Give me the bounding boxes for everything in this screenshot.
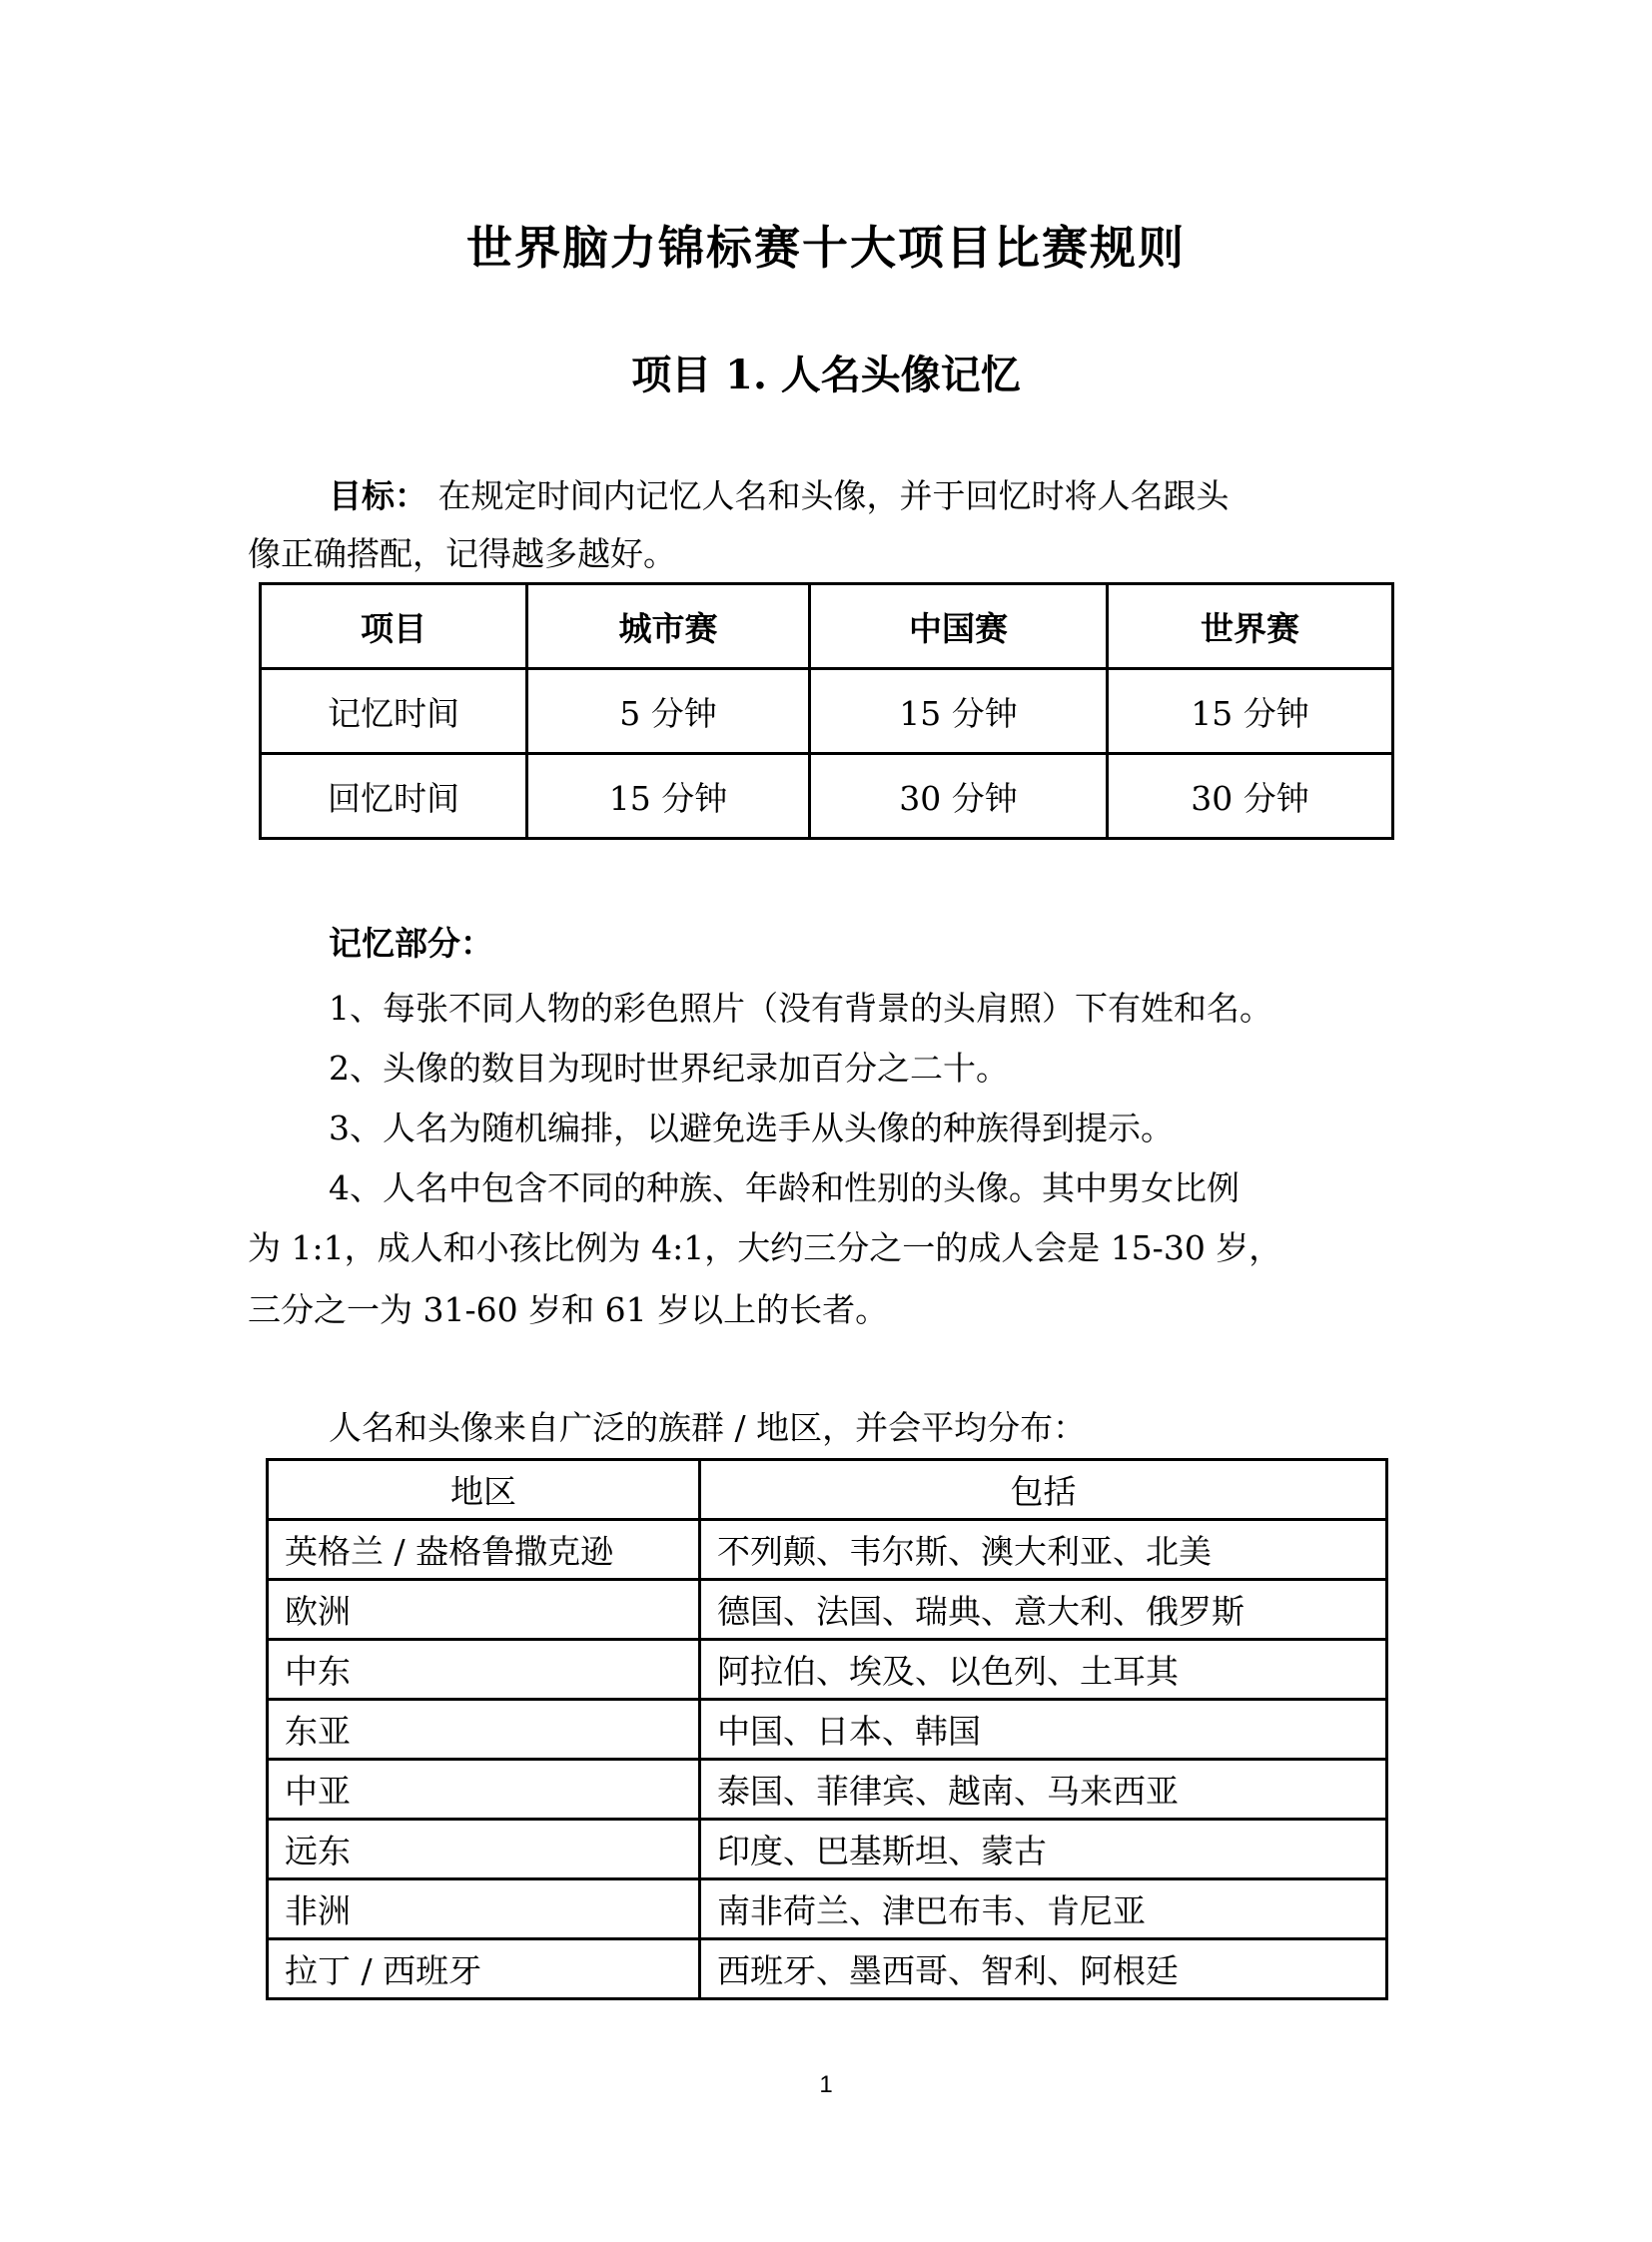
region-cell: 英格兰 / 盎格鲁撒克逊: [268, 1520, 700, 1580]
time-table: 项目 城市赛 中国赛 世界赛 记忆时间 5 分钟 15 分钟 15 分钟 回忆时…: [259, 582, 1394, 840]
table-row: 中亚 泰国、菲律宾、越南、马来西亚: [268, 1760, 1387, 1820]
region-cell: 中亚: [268, 1760, 700, 1820]
table-cell: 5 分钟: [527, 669, 810, 754]
goal-line-1: 目标： 在规定时间内记忆人名和头像，并于回忆时将人名跟头: [329, 467, 1230, 525]
table-row: 非洲 南非荷兰、津巴布韦、肯尼亚: [268, 1879, 1387, 1939]
table-row: 回忆时间 15 分钟 30 分钟 30 分钟: [261, 754, 1393, 839]
goal-text-1: 在规定时间内记忆人名和头像，并于回忆时将人名跟头: [438, 476, 1230, 515]
goal-label: 目标：: [329, 476, 427, 515]
table-row: 欧洲 德国、法国、瑞典、意大利、俄罗斯: [268, 1580, 1387, 1640]
countries-cell: 西班牙、墨西哥、智利、阿根廷: [700, 1939, 1387, 1999]
region-cell: 非洲: [268, 1879, 700, 1939]
table-cell: 15 分钟: [527, 754, 810, 839]
countries-cell: 印度、巴基斯坦、蒙古: [700, 1820, 1387, 1879]
memory-item-3: 3、人名为随机编排，以避免选手从头像的种族得到提示。: [329, 1100, 1174, 1157]
table-row: 英格兰 / 盎格鲁撒克逊 不列颠、韦尔斯、澳大利亚、北美: [268, 1520, 1387, 1580]
countries-cell: 德国、法国、瑞典、意大利、俄罗斯: [700, 1580, 1387, 1640]
table-cell: 15 分钟: [1108, 669, 1393, 754]
header-cell: 中国赛: [810, 584, 1108, 669]
table-row: 记忆时间 5 分钟 15 分钟 15 分钟: [261, 669, 1393, 754]
time-table-header: 项目 城市赛 中国赛 世界赛: [261, 584, 1393, 669]
table-cell: 记忆时间: [261, 669, 527, 754]
table-cell: 30 分钟: [1108, 754, 1393, 839]
memory-item-4-cont-2: 三分之一为 31-60 岁和 61 岁以上的长者。: [248, 1281, 888, 1339]
region-table-header: 地区 包括: [268, 1460, 1387, 1520]
table-cell: 30 分钟: [810, 754, 1108, 839]
header-cell: 项目: [261, 584, 527, 669]
goal-line-2: 像正确搭配，记得越多越好。: [248, 525, 676, 583]
table-row: 东亚 中国、日本、韩国: [268, 1700, 1387, 1760]
countries-cell: 阿拉伯、埃及、以色列、土耳其: [700, 1640, 1387, 1700]
memory-item-4-cont-1: 为 1:1，成人和小孩比例为 4:1，大约三分之一的成人会是 15-30 岁，: [248, 1219, 1281, 1277]
memory-item-1: 1、每张不同人物的彩色照片（没有背景的头肩照）下有姓和名。: [329, 980, 1272, 1038]
table-row: 拉丁 / 西班牙 西班牙、墨西哥、智利、阿根廷: [268, 1939, 1387, 1999]
table-row: 远东 印度、巴基斯坦、蒙古: [268, 1820, 1387, 1879]
document-title: 世界脑力锦标赛十大项目比赛规则: [0, 212, 1652, 278]
header-cell: 世界赛: [1108, 584, 1393, 669]
table-row: 中东 阿拉伯、埃及、以色列、土耳其: [268, 1640, 1387, 1700]
page-number: 1: [0, 2071, 1652, 2099]
memory-item-4: 4、人名中包含不同的种族、年龄和性别的头像。其中男女比例: [329, 1159, 1239, 1217]
region-intro: 人名和头像来自广泛的族群 / 地区，并会平均分布：: [329, 1399, 1086, 1457]
region-table: 地区 包括 英格兰 / 盎格鲁撒克逊 不列颠、韦尔斯、澳大利亚、北美 欧洲 德国…: [266, 1458, 1388, 2000]
countries-cell: 不列颠、韦尔斯、澳大利亚、北美: [700, 1520, 1387, 1580]
region-cell: 中东: [268, 1640, 700, 1700]
region-cell: 东亚: [268, 1700, 700, 1760]
countries-cell: 中国、日本、韩国: [700, 1700, 1387, 1760]
table-cell: 15 分钟: [810, 669, 1108, 754]
memory-item-2: 2、头像的数目为现时世界纪录加百分之二十。: [329, 1040, 1009, 1098]
table-cell: 回忆时间: [261, 754, 527, 839]
event-subtitle: 项目 1. 人名头像记忆: [0, 344, 1652, 400]
region-cell: 远东: [268, 1820, 700, 1879]
header-cell: 包括: [700, 1460, 1387, 1520]
region-cell: 欧洲: [268, 1580, 700, 1640]
region-cell: 拉丁 / 西班牙: [268, 1939, 700, 1999]
header-cell: 地区: [268, 1460, 700, 1520]
memory-section-heading: 记忆部分：: [329, 915, 493, 973]
countries-cell: 南非荷兰、津巴布韦、肯尼亚: [700, 1879, 1387, 1939]
header-cell: 城市赛: [527, 584, 810, 669]
countries-cell: 泰国、菲律宾、越南、马来西亚: [700, 1760, 1387, 1820]
